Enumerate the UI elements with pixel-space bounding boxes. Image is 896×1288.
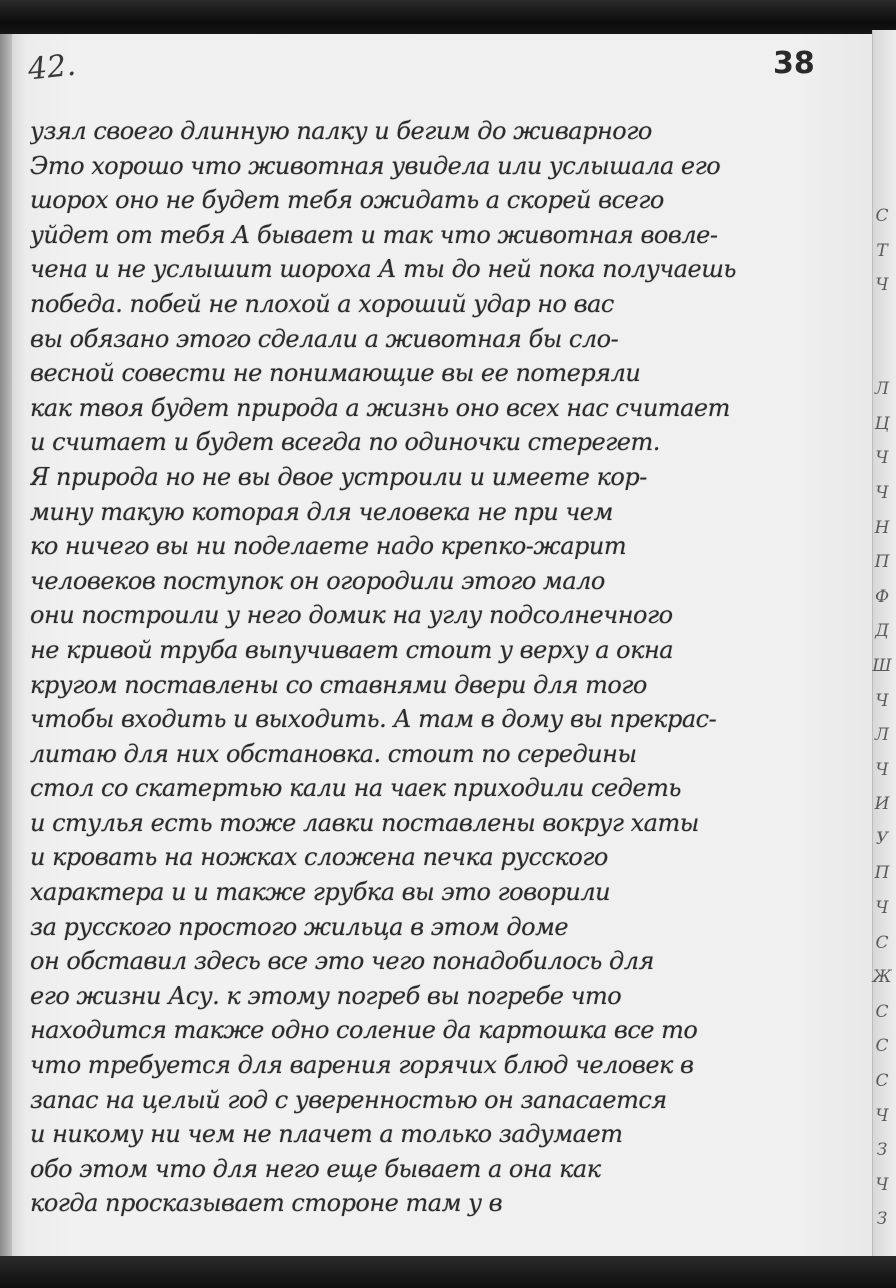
handwritten-text-body: узял своего длинную палку и бегим до жив…: [30, 114, 850, 1221]
text-line: за русского простого жильца в этом доме: [30, 910, 850, 945]
text-line: они построили у него домик на углу подсо…: [30, 598, 850, 633]
margin-letter: [872, 338, 892, 373]
text-line: узял своего длинную палку и бегим до жив…: [30, 114, 850, 149]
page-number-left: 42.: [26, 48, 77, 88]
margin-letter: Д: [872, 614, 892, 649]
text-line: находится также одно соление да картошка…: [30, 1013, 850, 1048]
margin-letter: С: [872, 1029, 892, 1064]
margin-letter: Ж: [872, 960, 892, 995]
text-line: он обставил здесь все это чего понадобил…: [30, 944, 850, 979]
page-number-right: 38: [773, 46, 815, 81]
margin-letter: Ч: [872, 1099, 892, 1134]
margin-letter: З: [872, 1202, 892, 1237]
margin-letter: Ч: [872, 476, 892, 511]
text-line: вы обязано этого сделали а животная бы с…: [30, 322, 850, 357]
text-line: чтобы входить и выходить. А там в дому в…: [30, 702, 850, 737]
text-line: что требуется для варения горячих блюд ч…: [30, 1048, 850, 1083]
text-line: Это хорошо что животная увидела или услы…: [30, 149, 850, 184]
text-line: чена и не услышит шороха А ты до ней пок…: [30, 252, 850, 287]
margin-letter: Ч: [872, 441, 892, 476]
text-line: и кровать на ножках сложена печка русско…: [30, 840, 850, 875]
margin-letter: С: [872, 995, 892, 1030]
margin-letter: П: [872, 856, 892, 891]
text-line: ко ничего вы ни поделаете надо крепко-жа…: [30, 529, 850, 564]
margin-letter: [872, 130, 892, 165]
margin-letter: Ф: [872, 580, 892, 615]
margin-letter: [872, 165, 892, 200]
text-line: кругом поставлены со ставнями двери для …: [30, 668, 850, 703]
margin-letter: Ч: [872, 268, 892, 303]
text-line: стол со скатертью кали на чаек приходили…: [30, 771, 850, 806]
text-line: когда просказывает стороне там у в: [30, 1186, 850, 1221]
margin-letter: У: [872, 822, 892, 857]
margin-letter: П: [872, 545, 892, 580]
text-line: его жизни Асу. к этому погреб вы погребе…: [30, 979, 850, 1014]
margin-letter: И: [872, 787, 892, 822]
text-line: и никому ни чем не плачет а только задум…: [30, 1117, 850, 1152]
margin-letter: Ш: [872, 649, 892, 684]
text-line: как твоя будет природа а жизнь оно всех …: [30, 391, 850, 426]
text-line: обо этом что для него еще бывает а она к…: [30, 1152, 850, 1187]
margin-letter: Т: [872, 234, 892, 269]
margin-letter: Ц: [872, 407, 892, 442]
margin-letter: Ч: [872, 891, 892, 926]
text-line: не кривой труба выпучивает стоит у верху…: [30, 633, 850, 668]
text-line: уйдет от тебя А бывает и так что животна…: [30, 218, 850, 253]
margin-letter: Ч: [872, 753, 892, 788]
text-line: характера и и также грубка вы это говори…: [30, 875, 850, 910]
text-line: мину такую которая для человека не при ч…: [30, 495, 850, 530]
margin-letter: Ч: [872, 1168, 892, 1203]
margin-letter: С: [872, 199, 892, 234]
text-line: и стулья есть тоже лавки поставлены вокр…: [30, 806, 850, 841]
margin-letter: [872, 303, 892, 338]
margin-letter: Н: [872, 511, 892, 546]
scanned-document: С Т Ч Л Ц Ч Ч Н П Ф Д Ш Ч Л Ч И У П Ч С …: [0, 0, 896, 1288]
margin-letter: Л: [872, 718, 892, 753]
bottom-binding-shadow: [0, 1256, 896, 1288]
text-line: весной совести не понимающие вы ее потер…: [30, 356, 850, 391]
text-line: человеков поступок он огородили этого ма…: [30, 564, 850, 599]
text-line: и считает и будет всегда по одиночки сте…: [30, 425, 850, 460]
adjacent-page-letters: С Т Ч Л Ц Ч Ч Н П Ф Д Ш Ч Л Ч И У П Ч С …: [872, 130, 892, 1237]
margin-letter: С: [872, 926, 892, 961]
margin-letter: Ч: [872, 684, 892, 719]
text-line: литаю для них обстановка. стоит по серед…: [30, 737, 850, 772]
margin-letter: З: [872, 1133, 892, 1168]
text-line: Я природа но не вы двое устроили и имеет…: [30, 460, 850, 495]
text-line: победа. побей не плохой а хороший удар н…: [30, 287, 850, 322]
top-binding-shadow: [0, 0, 896, 38]
text-line: шорох оно не будет тебя ожидать а скорей…: [30, 183, 850, 218]
margin-letter: Л: [872, 372, 892, 407]
text-line: запас на целый год с уверенностью он зап…: [30, 1083, 850, 1118]
margin-letter: С: [872, 1064, 892, 1099]
